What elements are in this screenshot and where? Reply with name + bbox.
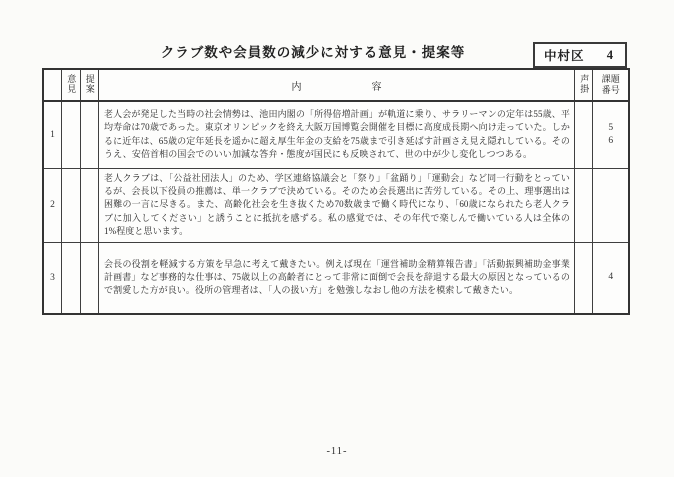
column-header-issue-no-label: 課題番号 bbox=[601, 74, 620, 96]
column-header-proposal-label: 提案 bbox=[85, 74, 94, 94]
ward-number: 4 bbox=[607, 48, 625, 63]
proposal-mark bbox=[80, 242, 99, 314]
document-page: クラブ数や会員数の減少に対する意見・提案等 中村区 4 意見 提案 内容 声掛 … bbox=[0, 0, 674, 477]
ward-name: 中村区 bbox=[535, 46, 585, 64]
ward-box: 中村区 4 bbox=[533, 42, 627, 68]
column-header-opinion: 意見 bbox=[62, 69, 81, 101]
proposal-mark bbox=[80, 101, 99, 168]
column-header-voice: 声掛 bbox=[574, 69, 593, 101]
table-row: 1 老人会が発足した当時の社会情勢は、池田内閣の「所得倍増計画」が軌道に乗り、サ… bbox=[43, 101, 629, 168]
proposal-mark bbox=[80, 168, 99, 242]
column-header-row-no bbox=[43, 69, 62, 101]
issue-number bbox=[593, 168, 629, 242]
opinion-mark bbox=[62, 168, 81, 242]
opinions-table: 意見 提案 内容 声掛 課題番号 1 老人会が発足した当時の社会情勢は、池田内閣… bbox=[42, 68, 630, 315]
opinion-mark bbox=[62, 242, 81, 314]
opinion-mark bbox=[62, 101, 81, 168]
column-header-proposal: 提案 bbox=[80, 69, 99, 101]
row-number: 1 bbox=[43, 101, 62, 168]
voice-mark bbox=[574, 168, 593, 242]
table-row: 2 老人クラブは、「公益社団法人」のため、学区連絡協議会と「祭り」「盆踊り」「運… bbox=[43, 168, 629, 242]
column-header-content: 内容 bbox=[99, 69, 575, 101]
issue-number: 5 6 bbox=[593, 101, 629, 168]
row-number: 3 bbox=[43, 242, 62, 314]
column-header-opinion-label: 意見 bbox=[66, 74, 75, 94]
table-header-row: 意見 提案 内容 声掛 課題番号 bbox=[43, 69, 629, 101]
content-text: 老人クラブは、「公益社団法人」のため、学区連絡協議会と「祭り」「盆踊り」「運動会… bbox=[99, 168, 575, 242]
footer-page-number: -11- bbox=[0, 446, 674, 457]
voice-mark bbox=[574, 242, 593, 314]
column-header-issue-no: 課題番号 bbox=[593, 69, 629, 101]
column-header-voice-label: 声掛 bbox=[579, 74, 588, 94]
row-number: 2 bbox=[43, 168, 62, 242]
content-text: 老人会が発足した当時の社会情勢は、池田内閣の「所得倍増計画」が軌道に乗り、サラリ… bbox=[99, 101, 575, 168]
issue-number: 4 bbox=[593, 242, 629, 314]
content-text: 会長の役割を軽減する方策を早急に考えて戴きたい。例えば現在「運営補助金精算報告書… bbox=[99, 242, 575, 314]
voice-mark bbox=[574, 101, 593, 168]
table-row: 3 会長の役割を軽減する方策を早急に考えて戴きたい。例えば現在「運営補助金精算報… bbox=[43, 242, 629, 314]
